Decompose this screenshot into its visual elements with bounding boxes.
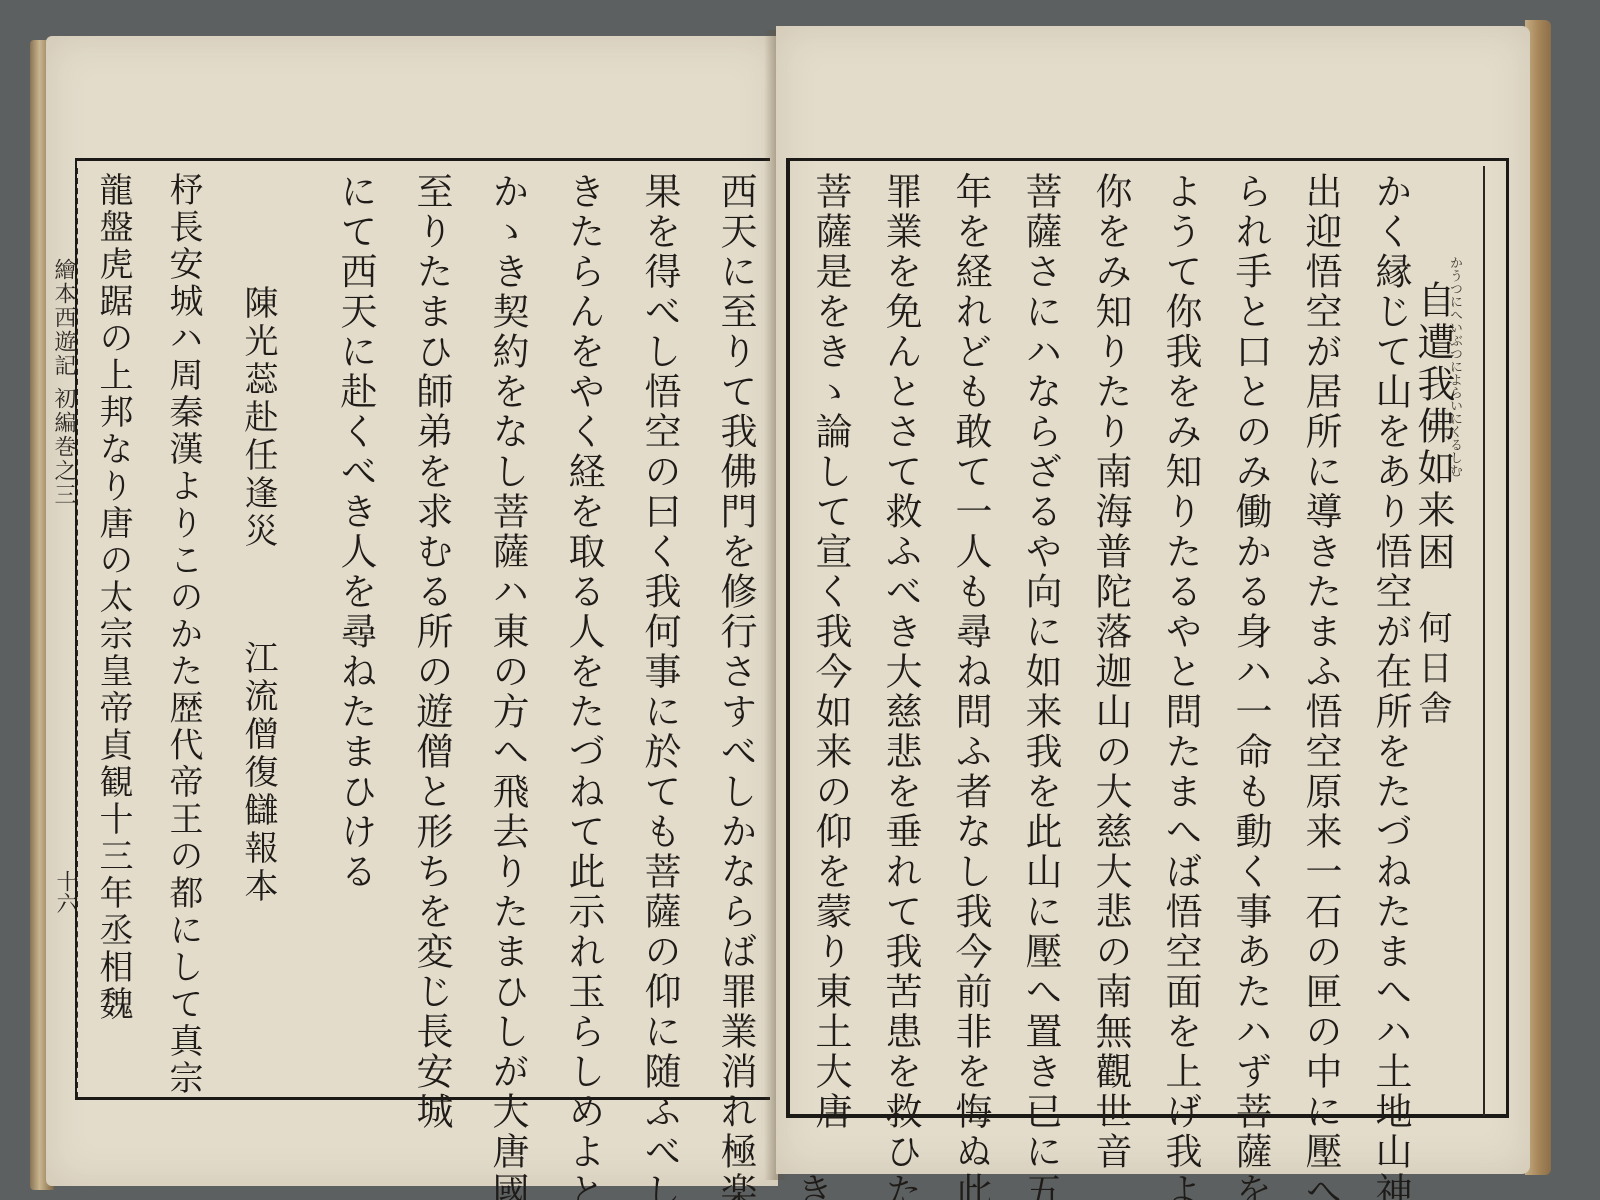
text-column: 龍盤虎踞の上邦なり唐の太宗皇帝貞観十三年丞相魏 — [88, 172, 138, 1092]
text-column: 杼長安城ハ周秦漢よりこのかた歴代帝王の都にして真宗 — [158, 172, 208, 1092]
text-column: られ手と口とのみ働かる身ハ一命も動く事あたハず菩薩を — [1225, 172, 1275, 1112]
text-column: きたらんをやく経を取る人をたづねて此示れ玉らしめよとて互 — [558, 172, 608, 1092]
text-column: ようて你我をみ知りたるやと問たまへば悟空面を上げ我よく — [1155, 172, 1205, 1112]
text-column: にて西天に赴くべき人を尋ねたまひける — [330, 172, 380, 1092]
chapter-heading-left-page: 陳光蕊赴任逢災 — [234, 285, 283, 551]
text-column: 年を経れども敢て一人も尋ね問ふ者なし我今前非を悔ぬ此 — [945, 172, 995, 1112]
text-column: かく縁じて山をあり悟空が在所をたづねたまへハ土地山神都て — [1365, 172, 1415, 1112]
open-book: 繪本西遊記 初編巻之三 十六 國にいたり経を取る人を尋ね此人を得ハ你其かの身つゞ… — [0, 0, 1600, 1200]
text-column: 至りたまひ師弟を求むる所の遊僧と形ちを変じ長安城 — [406, 172, 456, 1092]
author-signature-block: 何日舎 — [1408, 610, 1457, 730]
right-page-main-text: かく縁じて山をあり悟空が在所をたづねたまへハ土地山神都て 出迎悟空が居所に導きた… — [805, 172, 1415, 1112]
text-column: 你をみ知りたり南海普陀落迦山の大慈大悲の南無觀世音 — [1085, 172, 1135, 1112]
text-column: 罪業を免んとさて救ふべき大慈悲を垂れて我苦患を救ひたまへ — [875, 172, 925, 1112]
text-column: 果を得べし悟空の曰く我何事に於ても菩薩の仰に随ふべし — [634, 172, 684, 1092]
chapter-subtitle: 江流僧復讎報本 — [234, 640, 283, 906]
author-signature: 何日舎 — [1408, 610, 1457, 730]
left-page-main-text: 國にいたり経を取る人を尋ね此人を得ハ你其かの身つゞきとならん 西天に至りて我佛門… — [330, 172, 836, 1092]
text-column: 出迎悟空が居所に導きたまふ悟空原来一石の匣の中に壓へ — [1295, 172, 1345, 1112]
chapter-title-ruby: かうつにへいぶつによらいにくるしむ — [1445, 256, 1464, 477]
text-column: かゝき契約をなし菩薩ハ東の方へ飛去りたまひしが大唐國の — [482, 172, 532, 1092]
chapter-subheading-left-page: 江流僧復讎報本 — [234, 640, 283, 906]
text-column: 菩薩是をきゝ論して宣く我今如来の仰を蒙り東土大唐 — [805, 172, 855, 1112]
chapter-title: 陳光蕊赴任逢災 — [234, 285, 283, 551]
text-column: 西天に至りて我佛門を修行さすべしかならば罪業消れ極楽の — [710, 172, 760, 1092]
ruby-reading: かうつにへいぶつによらいにくるしむ — [1445, 256, 1464, 477]
left-page-opening-text: 杼長安城ハ周秦漢よりこのかた歴代帝王の都にして真宗 龍盤虎踞の上邦なり唐の太宗皇… — [88, 172, 208, 1092]
text-column: 菩薩さにハならざるや向に如来我を此山に壓へ置き已に五百余 — [1015, 172, 1065, 1112]
right-page-inner-rule — [1483, 166, 1485, 1116]
